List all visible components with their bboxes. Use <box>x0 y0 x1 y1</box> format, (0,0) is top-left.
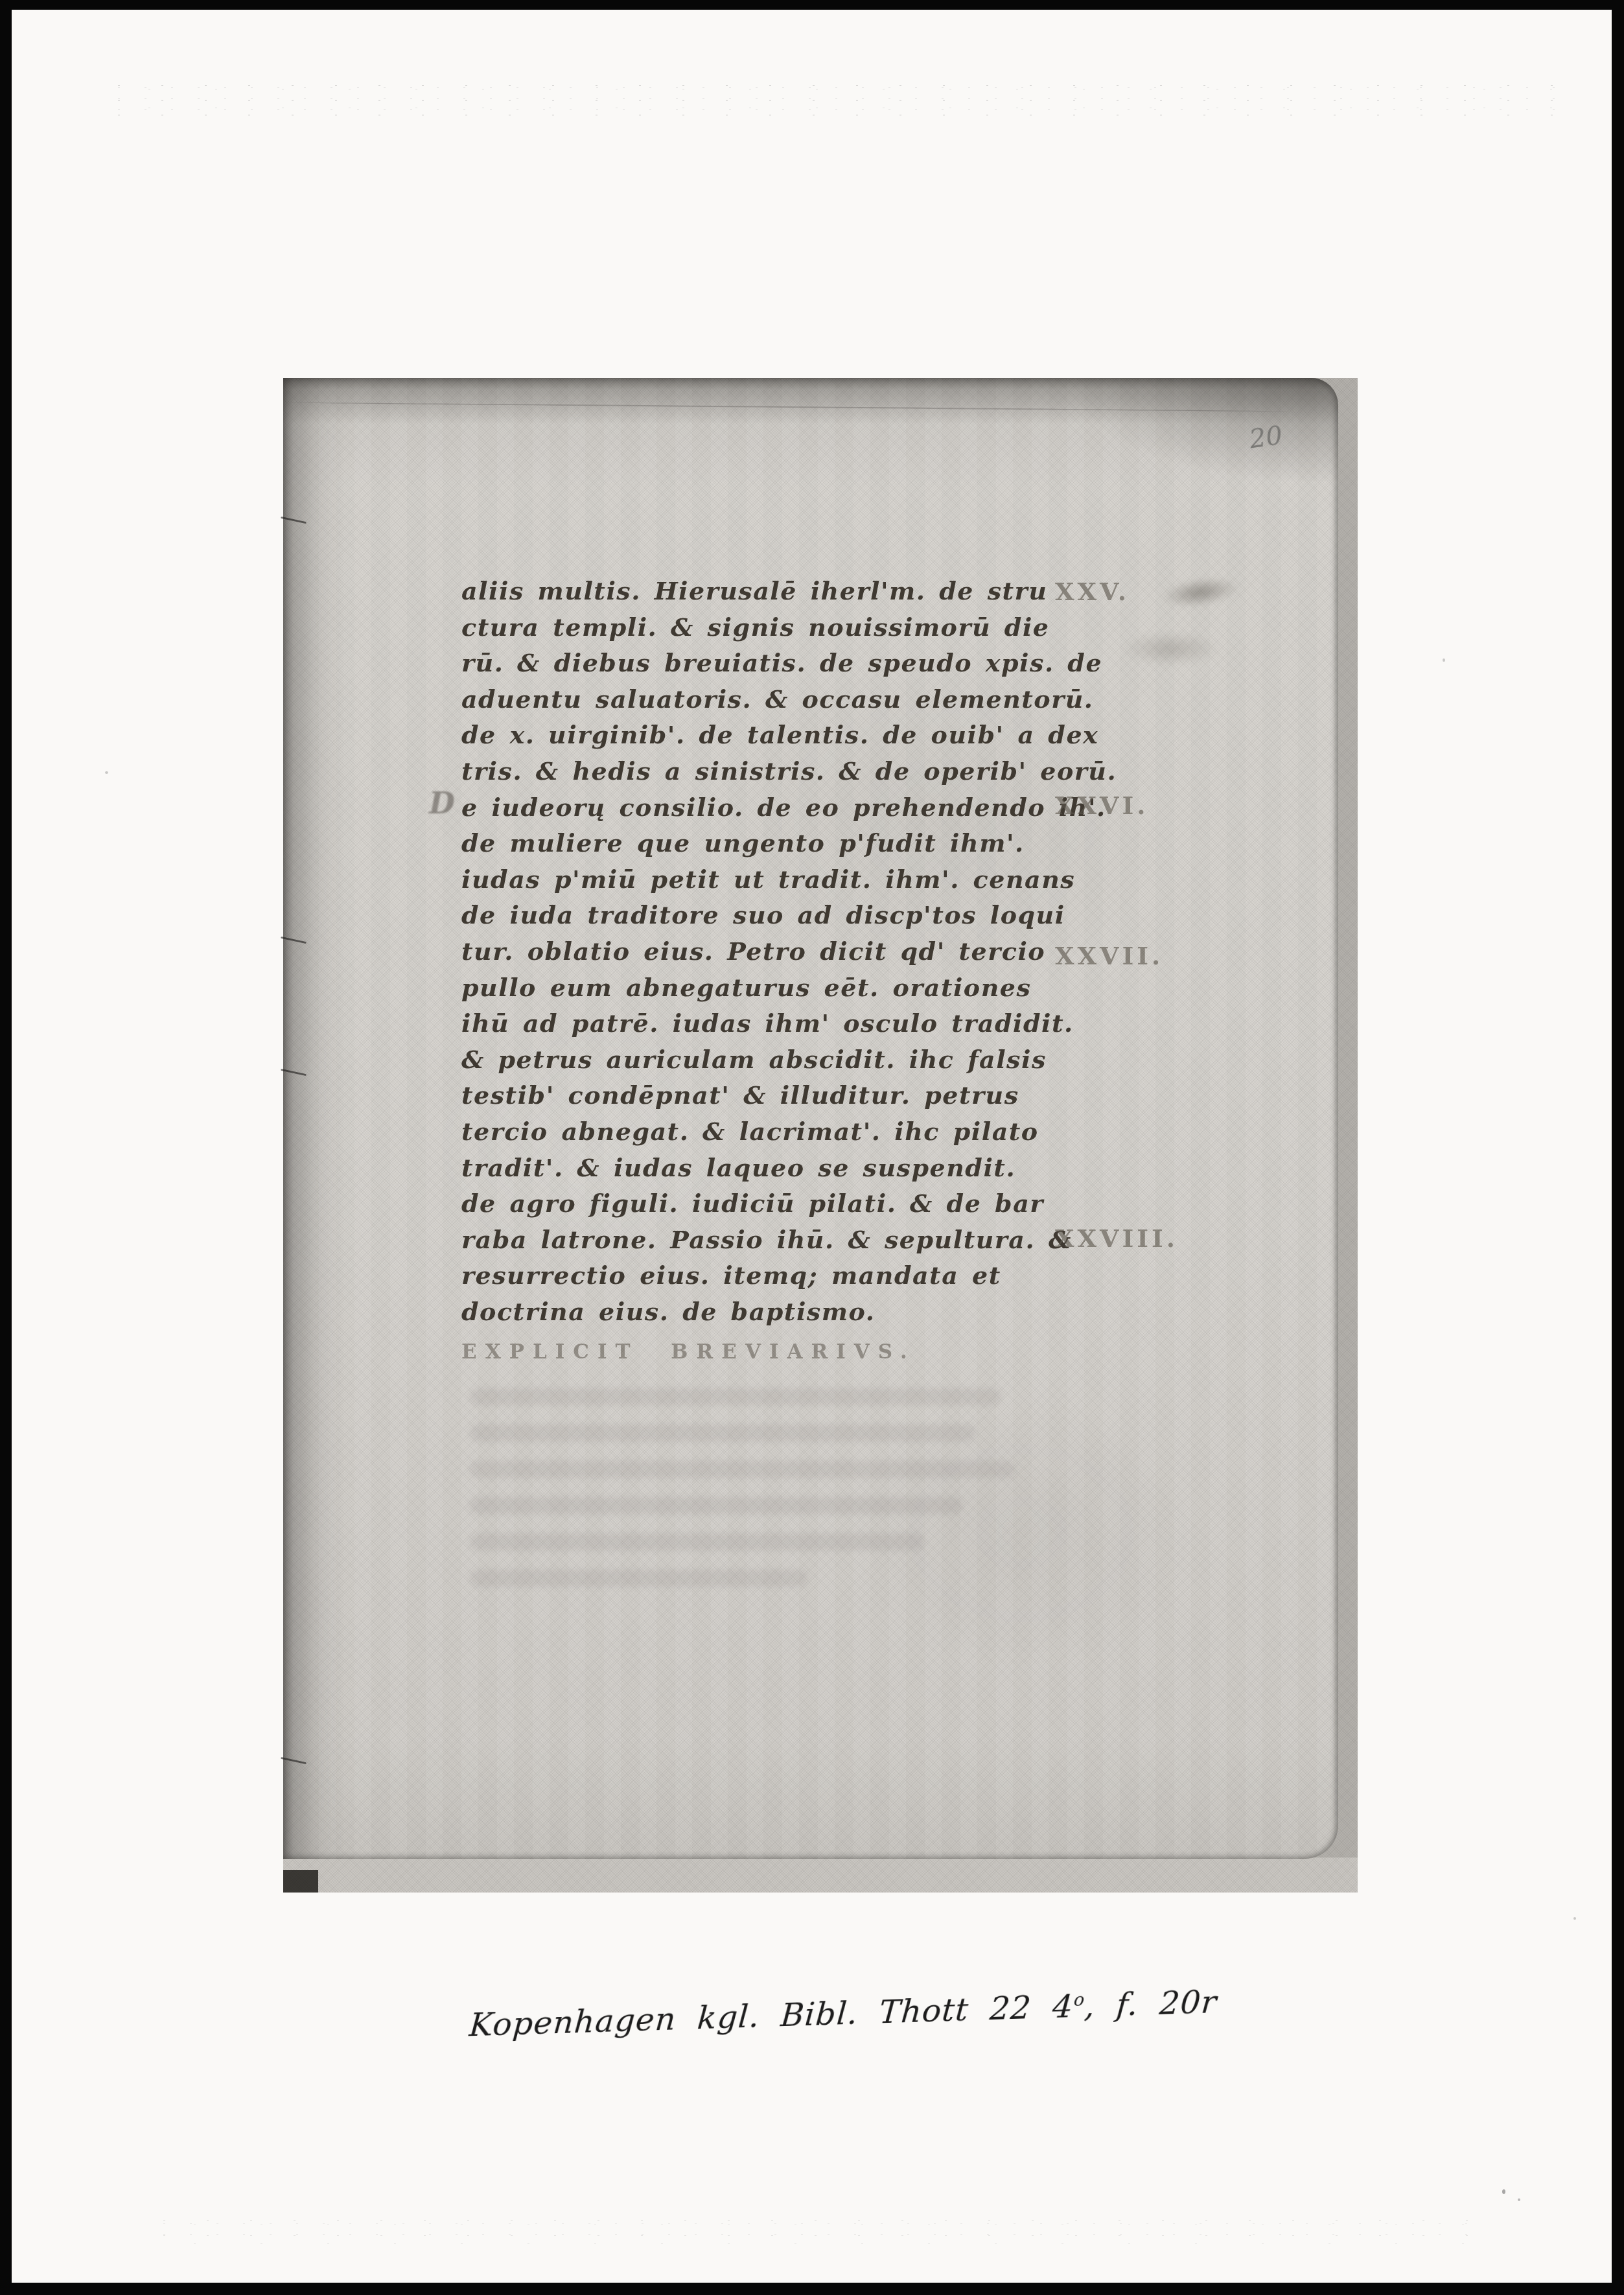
manuscript-line: rū. & diebus breuiatis. de speudo xpis. … <box>461 645 1071 681</box>
explicit-line: EXPLICIT BREVIARIVS. <box>461 1336 1071 1368</box>
marginal-initial: D <box>429 786 455 821</box>
manuscript-line: de muliere que ungento p'fudit ihm'. <box>461 825 1071 861</box>
chapter-numeral-xxviii: XXVIII. <box>1055 1224 1178 1253</box>
ghost-line <box>470 1388 1001 1405</box>
manuscript-line: raba latrone. Passio ihū. & sepultura. & <box>461 1222 1071 1258</box>
stray-speck <box>1443 658 1445 662</box>
photo-background-strip <box>283 1858 1358 1893</box>
ghost-line <box>470 1461 1014 1478</box>
manuscript-line: doctrina eius. de baptismo. <box>461 1294 1071 1330</box>
manuscript-line: resurrectio eius. itemq; mandata et <box>461 1257 1071 1294</box>
ghost-line <box>470 1533 923 1550</box>
photocopy-speck-band-top <box>97 78 1575 118</box>
manuscript-line: tris. & hedis a sinistris. & de operib' … <box>461 753 1071 789</box>
manuscript-line: de x. uirginib'. de talentis. de ouib' a… <box>461 717 1071 753</box>
manuscript-line: ctura templi. & signis nouissimorū die <box>461 609 1071 646</box>
ghost-line <box>470 1425 975 1441</box>
chapter-numeral-xxvi: XXVI. <box>1055 791 1148 821</box>
ghost-line <box>470 1570 807 1587</box>
manuscript-line: tur. oblatio eius. Petro dicit qd' terci… <box>461 933 1071 970</box>
manuscript-line: & petrus auriculam abscidit. ihc falsis <box>461 1042 1071 1078</box>
manuscript-line: iudas p'miū petit ut tradit. ihm'. cenan… <box>461 861 1071 898</box>
manuscript-text-block: aliis multis. Hierusalē iherl'm. de stru… <box>461 573 1071 1368</box>
stray-speck <box>1502 2189 1505 2194</box>
manuscript-line: aduentu saluatoris. & occasu elementorū. <box>461 681 1071 717</box>
manuscript-line: de iuda traditore suo ad discp'tos loqui <box>461 897 1071 933</box>
dark-corner-patch <box>283 1870 318 1893</box>
ghost-line <box>470 1497 962 1514</box>
manuscript-line: aliis multis. Hierusalē iherl'm. de stru <box>461 573 1071 609</box>
ink-smudge <box>1122 632 1220 666</box>
stray-speck <box>1573 1917 1576 1920</box>
stray-speck <box>105 771 108 774</box>
manuscript-line: pullo eum abnegaturus eēt. orationes <box>461 970 1071 1006</box>
manuscript-line: e iudeorų consilio. de eo prehendendo ih… <box>461 789 1071 826</box>
folio-number: 20 <box>1247 421 1284 455</box>
manuscript-line: ihū ad patrē. iudas ihm' osculo tradidit… <box>461 1005 1071 1042</box>
chapter-numeral-xxvii: XXVII. <box>1055 941 1163 971</box>
caption-rest: , f. 20r <box>1084 1983 1219 2025</box>
manuscript-line: de agro figuli. iudiciū pilati. & de bar <box>461 1185 1071 1222</box>
stray-speck <box>1518 2198 1520 2201</box>
manuscript-line: tercio abnegat. & lacrimat'. ihc pilato <box>461 1113 1071 1150</box>
chapter-numeral-xxv: XXV. <box>1055 577 1130 607</box>
manuscript-line: tradit'. & iudas laqueo se suspendit. <box>461 1150 1071 1186</box>
manuscript-line: testib' condēpnat' & illuditur. petrus <box>461 1077 1071 1113</box>
bleed-through-area <box>470 1388 1014 1606</box>
photocopy-speck-band-bottom <box>143 2213 1478 2244</box>
scanned-book-page: 20 aliis multis. Hierusalē iherl'm. de s… <box>0 0 1624 2295</box>
